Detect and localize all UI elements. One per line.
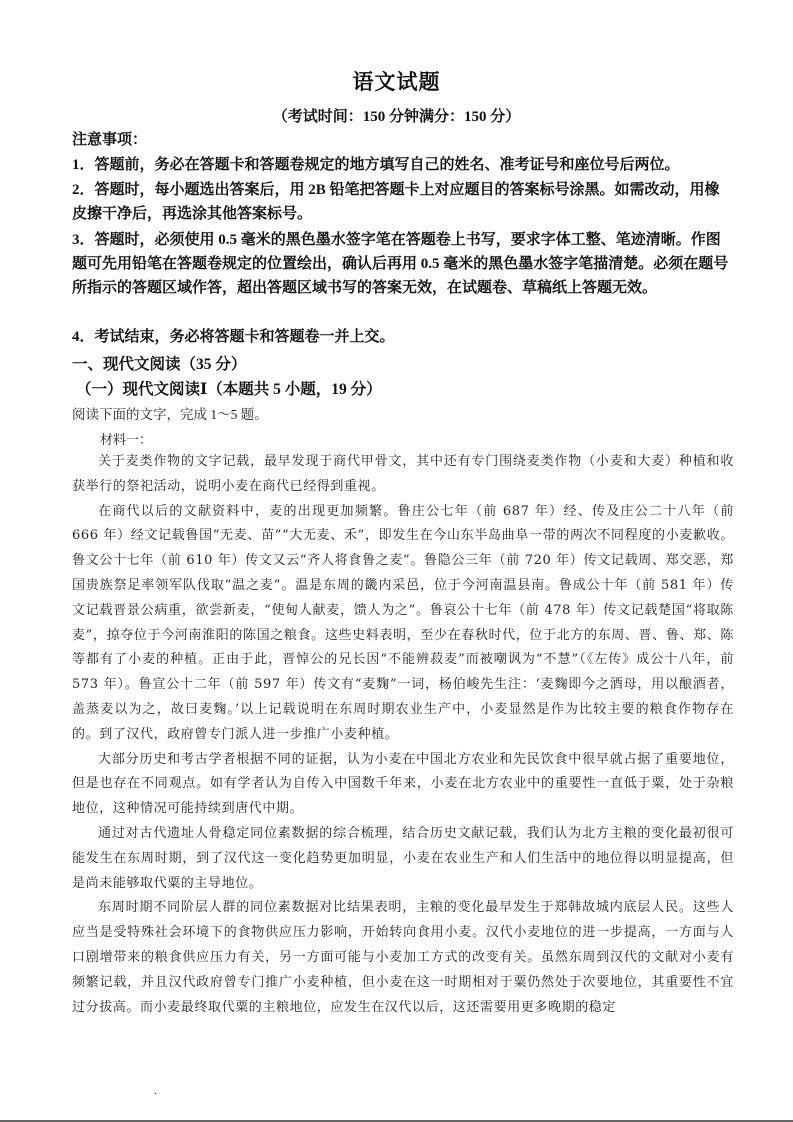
notice-item-1: 1．答题前，务必在答题卡和答题卷规定的地方填写自己的姓名、准考证号和座位号后两位… (72, 153, 732, 177)
exam-page: 语文试题 （考试时间：150 分钟满分：150 分） 注意事项： 1．答题前，务… (0, 0, 793, 1122)
section-heading: 一、现代文阅读（35 分） (72, 352, 246, 374)
page-mark (155, 1093, 156, 1094)
reading-instruction: 阅读下面的文字，完成 1～5 题。 (72, 403, 268, 423)
passage-body: 关于麦类作物的文字记载，最早发现于商代甲骨文，其中还有专门围绕麦类作物（小麦和大… (72, 450, 734, 1020)
exam-time-info: （考试时间：150 分钟满分：150 分） (0, 105, 793, 126)
page-title: 语文试题 (0, 66, 793, 96)
subsection-heading: （一）现代文阅读Ⅰ（本题共 5 小题，19 分） (76, 377, 382, 399)
notice-heading: 注意事项： (72, 128, 732, 152)
material-label: 材料一： (100, 429, 152, 448)
notice-item-4: 4．考试结束，务必将答题卡和答题卷一并上交。 (72, 325, 732, 349)
paragraph: 通过对古代遗址人骨稳定同位素数据的综合梳理，结合历史文献记载，我们认为北方主粮的… (72, 822, 734, 896)
paragraph: 在商代以后的文献资料中，麦的出现更加频繁。鲁庄公七年（前 687 年）经、传及庄… (72, 500, 734, 748)
paragraph: 大部分历史和考古学者根据不同的证据，认为小麦在中国北方农业和先民饮食中很早就占据… (72, 748, 734, 822)
notice-item-2: 2．答题时，每小题选出答案后，用 2B 铅笔把答题卡上对应题目的答案标号涂黑。如… (72, 178, 732, 226)
notice-item-3: 3．答题时，必须使用 0.5 毫米的黑色墨水签字笔在答题卷上书写，要求字体工整、… (72, 228, 732, 300)
paragraph: 东周时期不同阶层人群的同位素数据对比结果表明，主粮的变化最早发生于郑韩故城内底层… (72, 896, 734, 1020)
paragraph: 关于麦类作物的文字记载，最早发现于商代甲骨文，其中还有专门围绕麦类作物（小麦和大… (72, 450, 734, 500)
